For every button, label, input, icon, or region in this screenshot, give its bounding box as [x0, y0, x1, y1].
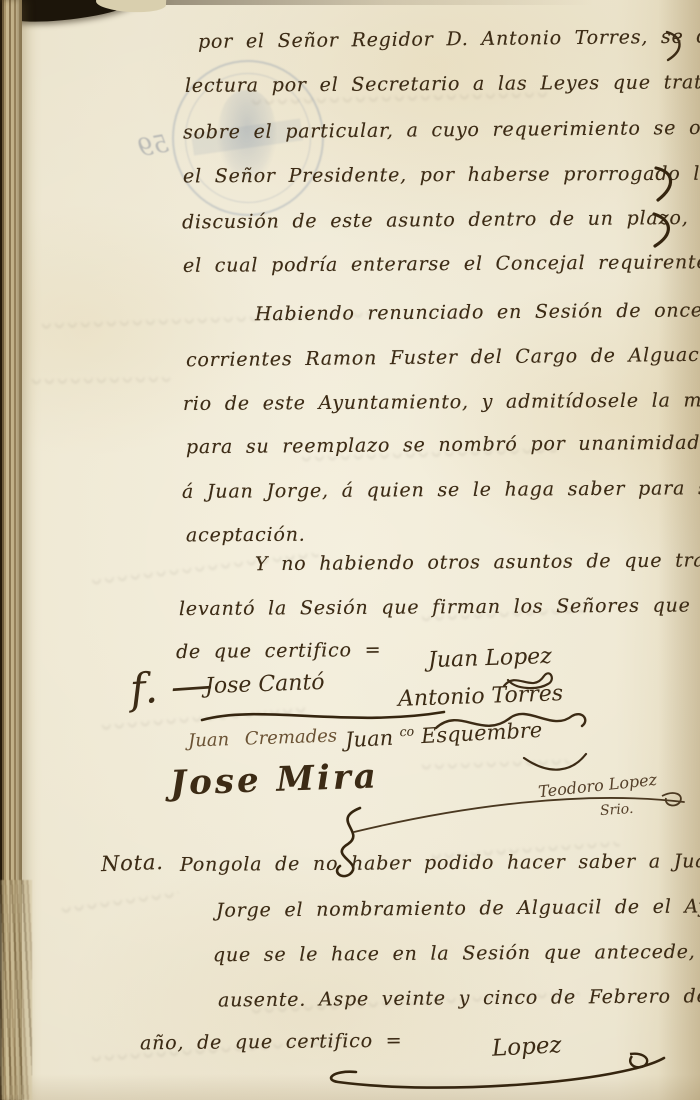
- rubric-closing-swoosh: [322, 1052, 668, 1096]
- bleed-through-page-number: 59: [136, 130, 171, 163]
- pen-curl: [652, 166, 680, 204]
- body-line: el cual podría enterarse el Concejal req…: [183, 251, 700, 277]
- body-line: discusión de este asunto dentro de un pl…: [182, 207, 700, 234]
- nota-line: ausente. Aspe veinte y cinco de Febrero …: [218, 985, 700, 1012]
- nota-line: Jorge el nombramiento de Alguacil de el …: [216, 894, 700, 921]
- body-line: por el Señor Regidor D. Antonio Torres, …: [198, 25, 700, 53]
- body-line: levantó la Sesión que firman los Señores…: [179, 594, 700, 620]
- pen-curl: [664, 30, 688, 64]
- bleed-through-writing: [30, 377, 170, 394]
- body-line: á Juan Jorge, á quien se le haga saber p…: [182, 477, 700, 503]
- signature-juan-cremades: Juan Cremades: [188, 725, 338, 751]
- body-line: rio de este Ayuntamiento, y admitídosele…: [183, 389, 700, 415]
- signature-jose-mira: Jose Mira: [169, 756, 379, 803]
- pen-curl: [650, 212, 678, 250]
- nota-line: año, de que certifico =: [140, 1030, 403, 1055]
- body-line: aceptación.: [186, 524, 306, 547]
- body-line: el Señor Presidente, por haberse prorrog…: [183, 163, 700, 188]
- nota-line: que se le hace en la Sesión que antecede…: [213, 940, 700, 966]
- body-line: lectura por el Secretario a las Leyes qu…: [185, 71, 700, 97]
- body-line: Y no habiendo otros asuntos de que trata…: [255, 549, 700, 576]
- esquembre-superscript: co: [399, 724, 414, 740]
- rubric-esquembre: [520, 748, 590, 778]
- rubric-teodoro-underline: [352, 788, 688, 836]
- body-line: sobre el particular, a cuyo requerimient…: [183, 117, 700, 144]
- esquembre-first: Juan: [345, 726, 394, 752]
- esquembre-last: Esquembre: [420, 718, 542, 748]
- manuscript-page: 59 por el Señor Regidor D. Antonio Torre…: [0, 0, 700, 1100]
- book-gutter-bottom: [0, 880, 32, 1100]
- signature-jose-canto: Jose Cantó: [205, 670, 325, 699]
- body-line: para su reemplazo se nombró por unanimid…: [186, 432, 700, 458]
- nota-line: Pongola de no haber podido hacer saber a…: [180, 850, 700, 876]
- bleed-through-writing: [60, 892, 181, 924]
- body-line: Habiendo renunciado en Sesión de once de…: [255, 299, 700, 326]
- nota-label: Nota.: [101, 850, 164, 876]
- body-line: corrientes Ramon Fuster del Cargo de Alg…: [186, 343, 700, 371]
